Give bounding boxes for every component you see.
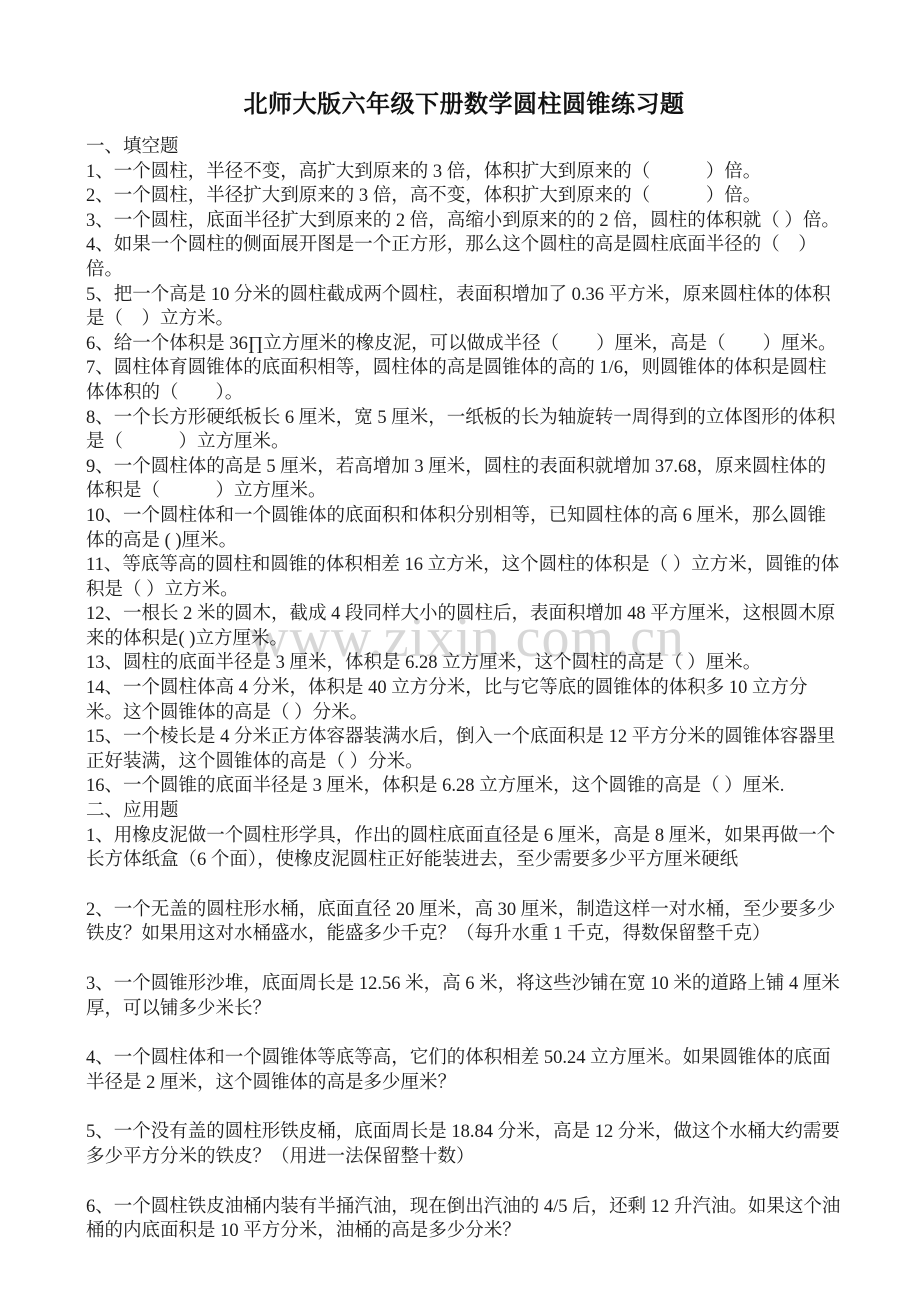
fill-question-12: 12、一根长 2 米的圆木，截成 4 段同样大小的圆柱后，表面积增加 48 平方… [86, 602, 842, 651]
fill-question-2: 2、一个圆柱，半径扩大到原来的 3 倍，高不变，体积扩大到原来的（ ）倍。 [86, 184, 842, 209]
section-application-problems: 二、应用题 1、用橡皮泥做一个圆柱形学具，作出的圆柱底面直径是 6 厘米，高是 … [86, 799, 842, 1244]
fill-question-9: 9、一个圆柱体的高是 5 厘米，若高增加 3 厘米，圆柱的表面积就增加 37.6… [86, 455, 842, 504]
application-question-4: 4、一个圆柱体和一个圆锥体等底等高，它们的体积相差 50.24 立方厘米。如果圆… [86, 1046, 842, 1095]
fill-question-14: 14、一个圆柱体高 4 分米，体积是 40 立方分米，比与它等底的圆锥体的体积多… [86, 676, 842, 725]
fill-question-10: 10、一个圆柱体和一个圆锥体的底面积和体积分别相等，已知圆柱体的高 6 厘米，那… [86, 504, 842, 553]
application-question-3: 3、一个圆锥形沙堆，底面周长是 12.56 米，高 6 米，将这些沙铺在宽 10… [86, 972, 842, 1021]
fill-question-13: 13、圆柱的底面半径是 3 厘米，体积是 6.28 立方厘米，这个圆柱的高是（ … [86, 651, 842, 676]
page-title: 北师大版六年级下册数学圆柱圆锥练习题 [86, 84, 842, 119]
application-question-6: 6、一个圆柱铁皮油桶内装有半捅汽油，现在倒出汽油的 4/5 后，还剩 12 升汽… [86, 1195, 842, 1244]
fill-question-15: 15、一个棱长是 4 分米正方体容器装满水后，倒入一个底面积是 12 平方分米的… [86, 725, 842, 774]
fill-question-6: 6、给一个体积是 36∏立方厘米的橡皮泥，可以做成半径（ ）厘米，高是（ ）厘米… [86, 332, 842, 357]
fill-question-3: 3、一个圆柱，底面半径扩大到原来的 2 倍，高缩小到原来的的 2 倍，圆柱的体积… [86, 209, 842, 234]
fill-question-5: 5、把一个高是 10 分米的圆柱截成两个圆柱，表面积增加了 0.36 平方米，原… [86, 283, 842, 332]
document-content: 北师大版六年级下册数学圆柱圆锥练习题 一、填空题 1、一个圆柱，半径不变，高扩大… [0, 0, 920, 1244]
worksheet-page: www.zixin.com.cn 北师大版六年级下册数学圆柱圆锥练习题 一、填空… [0, 0, 920, 1302]
fill-question-7: 7、圆柱体育圆锥体的底面积相等，圆柱体的高是圆锥体的高的 1/6，则圆锥体的体积… [86, 356, 842, 405]
application-question-5: 5、一个没有盖的圆柱形铁皮桶，底面周长是 18.84 分米，高是 12 分米，做… [86, 1120, 842, 1169]
application-question-2: 2、一个无盖的圆柱形水桶，底面直径 20 厘米，高 30 厘米，制造这样一对水桶… [86, 898, 842, 947]
section-fill-in-blanks: 一、填空题 1、一个圆柱，半径不变，高扩大到原来的 3 倍，体积扩大到原来的（ … [86, 135, 842, 799]
application-question-1: 1、用橡皮泥做一个圆柱形学具，作出的圆柱底面直径是 6 厘米，高是 8 厘米，如… [86, 824, 842, 873]
fill-question-16: 16、一个圆锥的底面半径是 3 厘米，体积是 6.28 立方厘米，这个圆锥的高是… [86, 774, 842, 799]
fill-question-4: 4、如果一个圆柱的侧面展开图是一个正方形，那么这个圆柱的高是圆柱底面半径的（ ）… [86, 233, 842, 282]
section-heading-fill-in-blanks: 一、填空题 [86, 135, 842, 160]
fill-question-8: 8、一个长方形硬纸板长 6 厘米，宽 5 厘米，一纸板的长为轴旋转一周得到的立体… [86, 406, 842, 455]
fill-question-1: 1、一个圆柱，半径不变，高扩大到原来的 3 倍，体积扩大到原来的（ ）倍。 [86, 160, 842, 185]
section-heading-application-problems: 二、应用题 [86, 799, 842, 824]
fill-question-11: 11、等底等高的圆柱和圆锥的体积相差 16 立方米，这个圆柱的体积是（ ）立方米… [86, 553, 842, 602]
